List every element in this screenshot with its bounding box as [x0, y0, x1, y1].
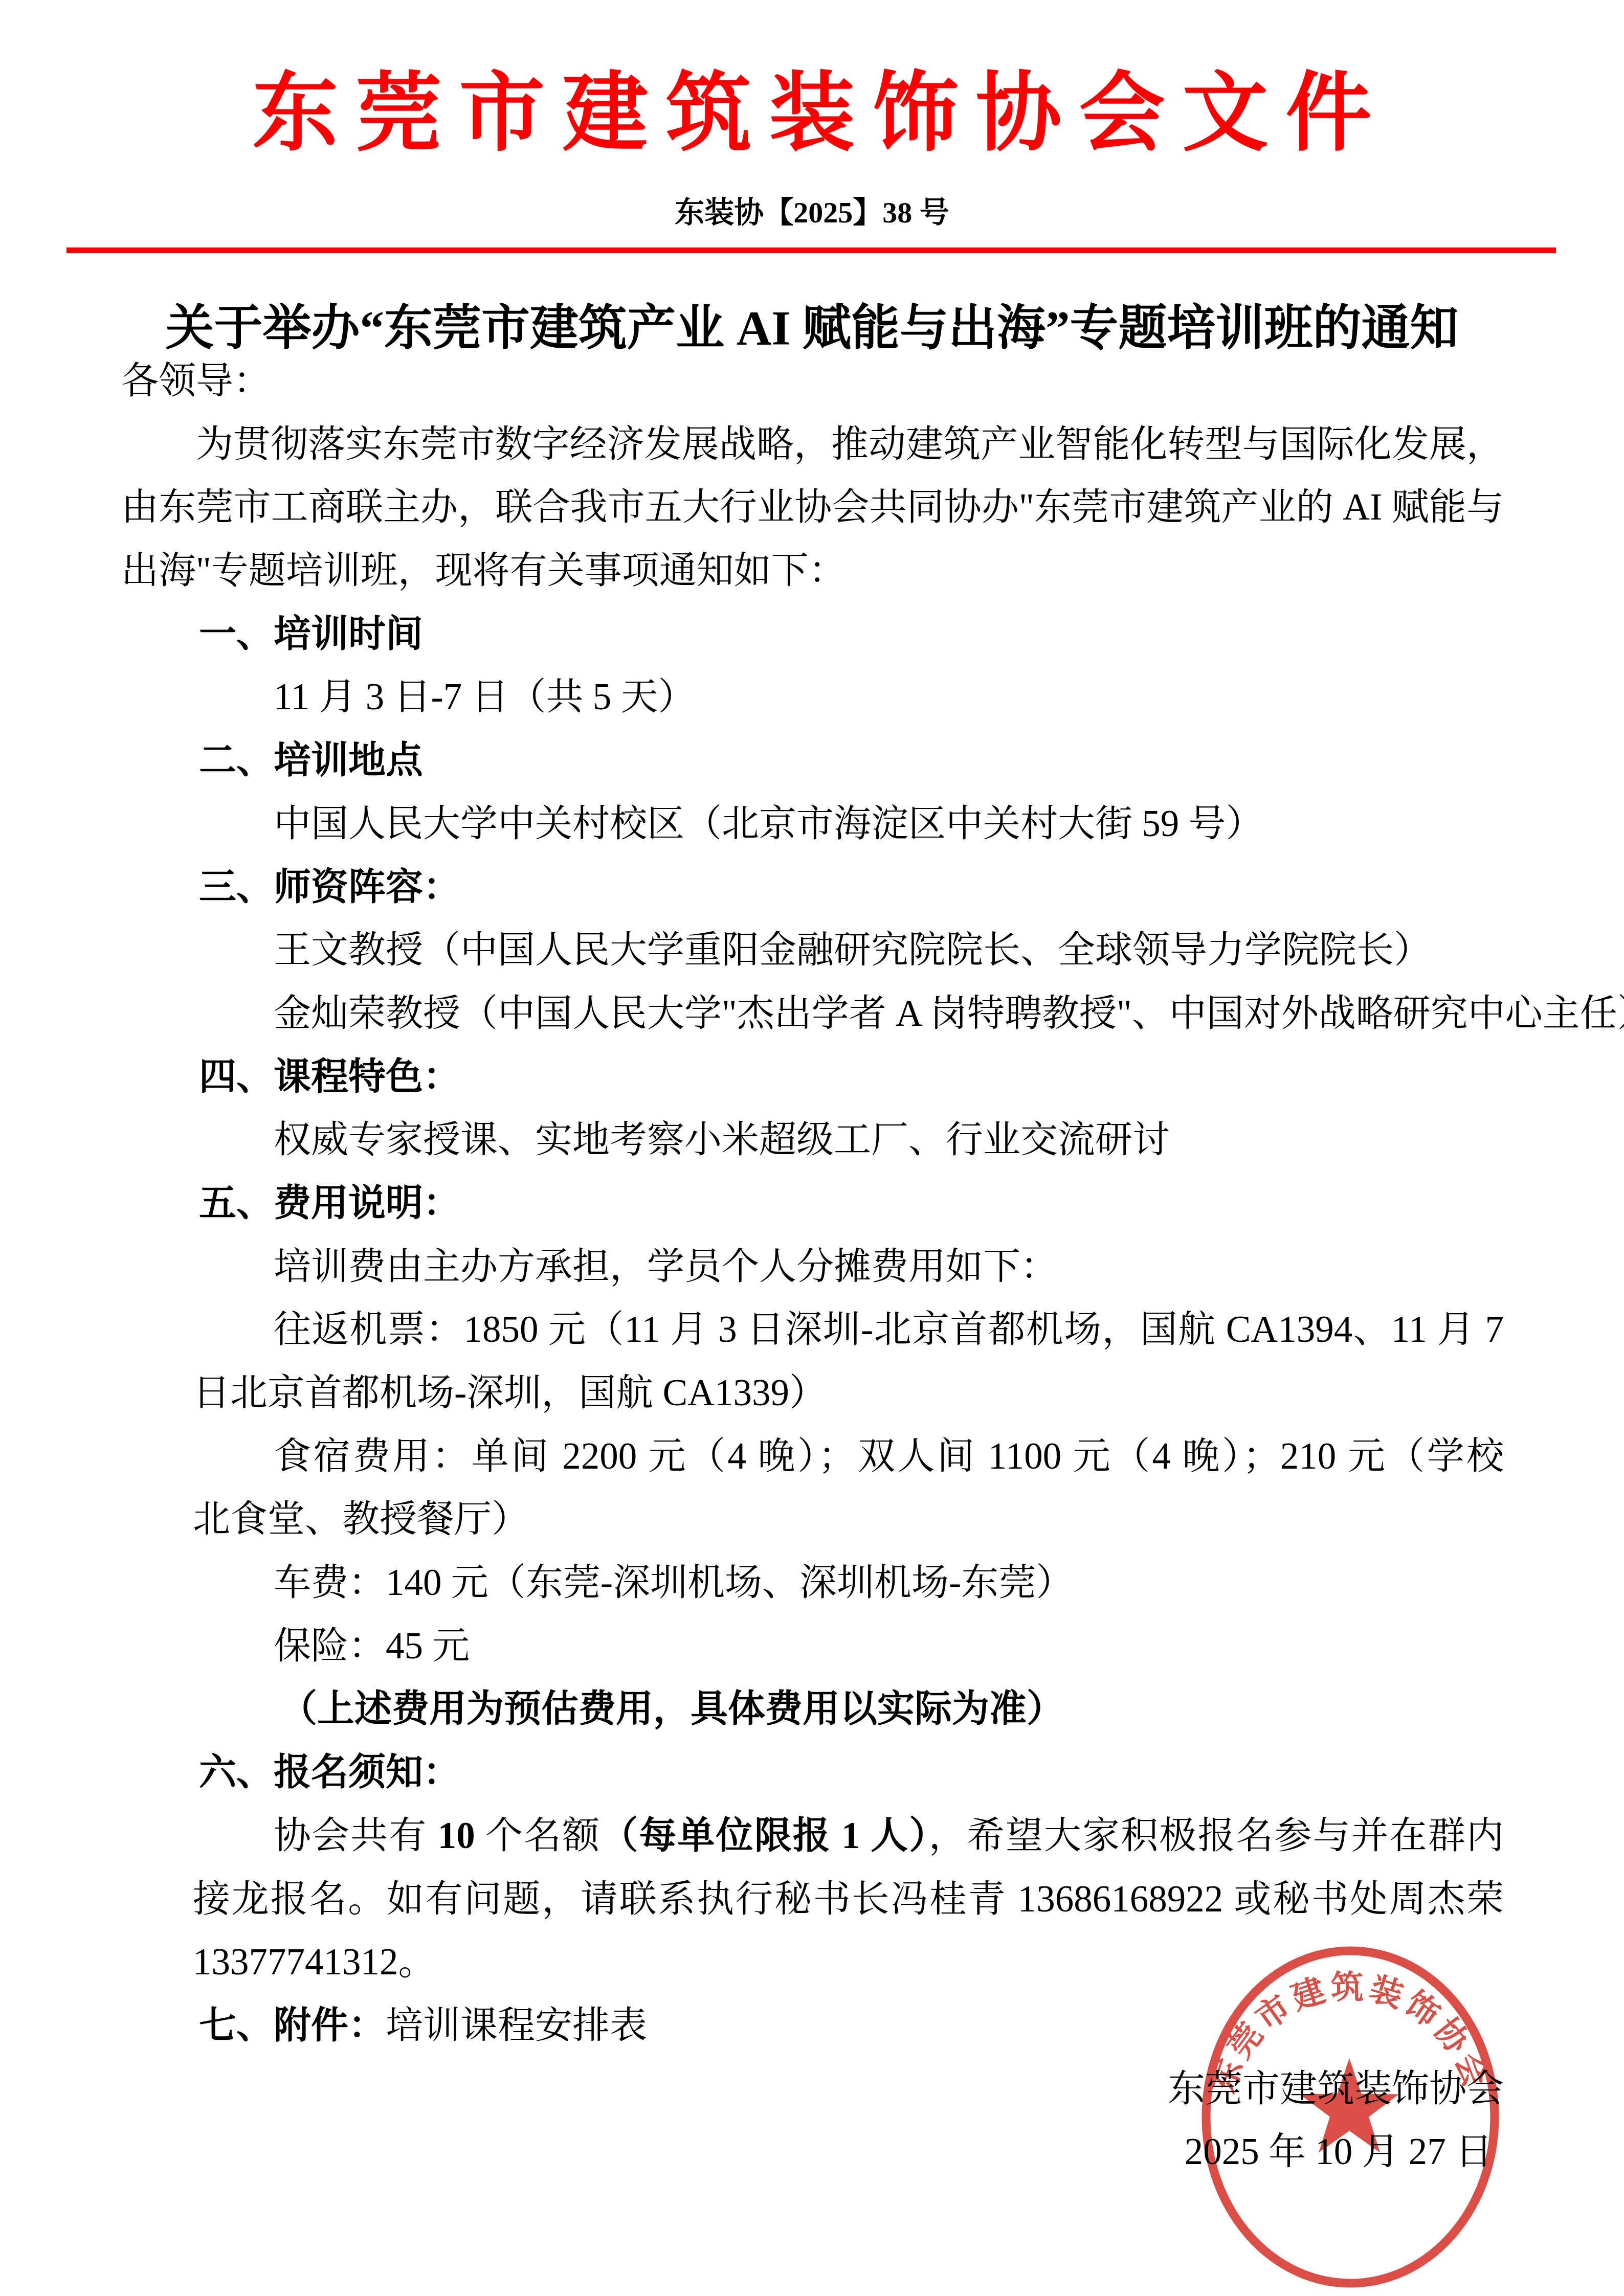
- greeting-line: 各领导：: [121, 349, 1504, 413]
- text-segment: 北食堂、教授餐厅）: [193, 1498, 529, 1540]
- text-segment: 四、课程特色：: [199, 1056, 460, 1097]
- text-segment: 一、培训时间: [199, 613, 423, 655]
- letterhead-title: 东莞市建筑装饰协会文件: [0, 60, 1624, 168]
- text-segment: 接龙报名。如有问题，请联系执行秘书长冯桂青 13686168922 或秘书处周杰…: [193, 1878, 1504, 1920]
- text-segment: 食宿费用：单间 2200 元（4 晚）；双人间 1100 元（4 晚）；210 …: [274, 1435, 1504, 1477]
- text-segment: 中国人民大学中关村校区（北京市海淀区中关村大街 59 号）: [274, 803, 1263, 844]
- text-segment: 权威专家授课、实地考察小米超级工厂、行业交流研讨: [274, 1119, 1170, 1160]
- section-5-content-7: 保险：45 元: [121, 1614, 1504, 1678]
- section-5-content-6: 车费：140 元（东莞-深圳机场、深圳机场-东莞）: [121, 1551, 1504, 1614]
- section-5-content-3: 日北京首都机场-深圳，国航 CA1339）: [121, 1361, 1504, 1425]
- text-segment: 七、附件：: [199, 2005, 386, 2046]
- text-segment: ，希望大家积极报名参与并在群内: [929, 1815, 1504, 1856]
- section-4-content: 权威专家授课、实地考察小米超级工厂、行业交流研讨: [121, 1108, 1504, 1172]
- text-segment: 个名额: [475, 1815, 601, 1856]
- section-6-content-1: 协会共有 10 个名额（每单位限报 1 人），希望大家积极报名参与并在群内: [121, 1804, 1504, 1867]
- doc-number: 东装协【2025】38 号: [0, 191, 1624, 234]
- text-segment: 三、师资阵容：: [199, 866, 460, 908]
- section-5-content-2: 往返机票：1850 元（11 月 3 日深圳-北京首都机场，国航 CA1394、…: [121, 1298, 1504, 1361]
- section-5-note: （上述费用为预估费用，具体费用以实际为准）: [121, 1677, 1504, 1741]
- notice-title: 关于举办“东莞市建筑产业 AI 赋能与出海”专题培训班的通知: [0, 301, 1624, 356]
- intro-line-1: 为贯彻落实东莞市数字经济发展战略，推动建筑产业智能化转型与国际化发展，: [121, 413, 1504, 476]
- section-3-heading: 三、师资阵容：: [121, 856, 1504, 919]
- section-3-content-1: 王文教授（中国人民大学重阳金融研究院院长、全球领导力学院院长）: [121, 918, 1504, 982]
- text-segment: 五、费用说明：: [199, 1182, 460, 1224]
- section-4-heading: 四、课程特色：: [121, 1045, 1504, 1109]
- text-segment: （上述费用为预估费用，具体费用以实际为准）: [280, 1688, 1064, 1729]
- text-segment: （每单位限报 1 人）: [600, 1815, 928, 1856]
- text-segment: 协会共有: [274, 1815, 438, 1856]
- text-segment: 六、报名须知：: [199, 1751, 460, 1793]
- section-1-content: 11 月 3 日-7 日（共 5 天）: [121, 665, 1504, 729]
- section-5-content-1: 培训费由主办方承担，学员个人分摊费用如下：: [121, 1235, 1504, 1298]
- official-seal-stamp: 东莞市建筑装饰协会: [1192, 1941, 1509, 2293]
- intro-line-2: 由东莞市工商联主办，联合我市五大行业协会共同协办"东莞市建筑产业的 AI 赋能与: [121, 476, 1504, 539]
- section-5-content-5: 北食堂、教授餐厅）: [121, 1488, 1504, 1551]
- text-segment: 培训费由主办方承担，学员个人分摊费用如下：: [274, 1246, 1058, 1287]
- text-segment: 由东莞市工商联主办，联合我市五大行业协会共同协办"东莞市建筑产业的 AI 赋能与: [121, 486, 1504, 528]
- red-divider-rule: [66, 247, 1556, 253]
- section-2-content: 中国人民大学中关村校区（北京市海淀区中关村大街 59 号）: [121, 792, 1504, 856]
- text-segment: 为贯彻落实东莞市数字经济发展战略，推动建筑产业智能化转型与国际化发展，: [196, 423, 1504, 465]
- text-segment: 往返机票：1850 元（11 月 3 日深圳-北京首都机场，国航 CA1394、…: [274, 1309, 1504, 1350]
- text-segment: 出海"专题培训班，现将有关事项通知如下：: [121, 550, 846, 591]
- seal-star-icon: [1300, 2058, 1399, 2153]
- text-segment: 金灿荣教授（中国人民大学"杰出学者 A 岗特聘教授"、中国对外战略研究中心主任）: [274, 993, 1624, 1034]
- page-root: 东莞市建筑装饰协会文件 东装协【2025】38 号 关于举办“东莞市建筑产业 A…: [0, 0, 1624, 2296]
- intro-line-3: 出海"专题培训班，现将有关事项通知如下：: [121, 539, 1504, 602]
- section-3-content-2: 金灿荣教授（中国人民大学"杰出学者 A 岗特聘教授"、中国对外战略研究中心主任）: [121, 982, 1504, 1045]
- text-segment: 保险：45 元: [274, 1625, 470, 1667]
- text-segment: 11 月 3 日-7 日（共 5 天）: [274, 676, 696, 717]
- text-segment: 13377741312。: [193, 1941, 436, 1983]
- document-lines: 各领导：为贯彻落实东莞市数字经济发展战略，推动建筑产业智能化转型与国际化发展，由…: [121, 349, 1504, 2184]
- text-segment: 培训课程安排表: [386, 2005, 647, 2046]
- text-segment: 10: [438, 1815, 475, 1856]
- text-segment: 各领导：: [121, 360, 271, 401]
- text-segment: 日北京首都机场-深圳，国航 CA1339）: [193, 1372, 827, 1413]
- section-1-heading: 一、培训时间: [121, 602, 1504, 666]
- section-6-content-2: 接龙报名。如有问题，请联系执行秘书长冯桂青 13686168922 或秘书处周杰…: [121, 1867, 1504, 1931]
- section-6-heading: 六、报名须知：: [121, 1741, 1504, 1804]
- text-segment: 王文教授（中国人民大学重阳金融研究院院长、全球领导力学院院长）: [274, 929, 1431, 971]
- section-5-heading: 五、费用说明：: [121, 1172, 1504, 1235]
- text-segment: 二、培训地点: [199, 739, 423, 781]
- text-segment: 车费：140 元（东莞-深圳机场、深圳机场-东莞）: [274, 1562, 1073, 1603]
- section-2-heading: 二、培训地点: [121, 729, 1504, 792]
- section-5-content-4: 食宿费用：单间 2200 元（4 晚）；双人间 1100 元（4 晚）；210 …: [121, 1425, 1504, 1488]
